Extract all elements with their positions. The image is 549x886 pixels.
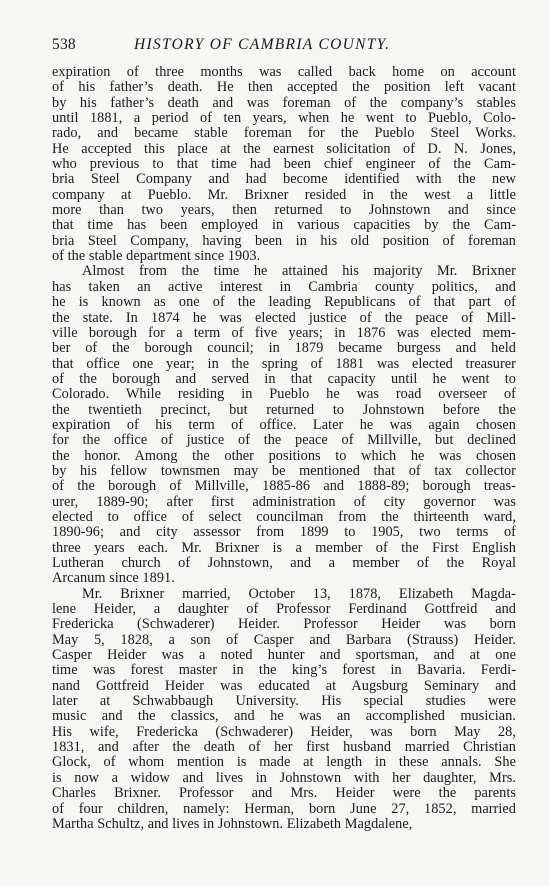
text-line: music and the classics, and he was an ac… [52,709,516,724]
text-line: 1831, and after the death of her first h… [52,740,516,755]
text-line: of the stable department since 1903. [52,249,516,264]
text-line: Arcanum since 1891. [52,571,516,586]
page-number: 538 [52,36,76,54]
text-line: for the office of justice of the peace o… [52,433,516,448]
text-line: Fredericka (Schwaderer) Heider. Professo… [52,617,516,632]
text-line: time was forest master in the king’s for… [52,663,516,678]
text-line: bria Steel Company, having been in his o… [52,234,516,249]
text-line: Mr. Brixner married, October 13, 1878, E… [52,587,516,602]
text-line: that office one year; in the spring of 1… [52,357,516,372]
body-text: expiration of three months was called ba… [52,65,516,832]
running-title: HISTORY OF CAMBRIA COUNTY. [134,36,390,54]
text-line: of the borough and served in that capaci… [52,372,516,387]
text-line: company at Pueblo. Mr. Brixner resided i… [52,188,516,203]
text-line: Charles Brixner. Professor and Mrs. Heid… [52,786,516,801]
text-line: by his fellow townsmen may be mentioned … [52,464,516,479]
text-line: ber of the borough council; in 1879 beca… [52,341,516,356]
text-line: May 5, 1828, a son of Casper and Barbara… [52,633,516,648]
text-line: nand Gottfreid Heider was educated at Au… [52,679,516,694]
text-line: who previous to that time had been chief… [52,157,516,172]
text-line: Colorado. While residing in Pueblo he wa… [52,387,516,402]
text-line: elected to office of select councilman f… [52,510,516,525]
paragraph: Almost from the time he attained his maj… [52,264,516,586]
text-line: of four children, namely: Herman, born J… [52,802,516,817]
text-line: the state. In 1874 he was elected justic… [52,311,516,326]
text-line: expiration of his term of office. Later … [52,418,516,433]
paragraph: Mr. Brixner married, October 13, 1878, E… [52,587,516,833]
text-line: rado, and became stable foreman for the … [52,126,516,141]
text-line: His wife, Fredericka (Schwaderer) Heider… [52,725,516,740]
text-line: by his father’s death and was foreman of… [52,96,516,111]
text-line: until 1881, a period of ten years, when … [52,111,516,126]
text-line: three years each. Mr. Brixner is a membe… [52,541,516,556]
text-line: expiration of three months was called ba… [52,65,516,80]
text-line: of his father’s death. He then accepted … [52,80,516,95]
text-line: of the borough of Millville, 1885-86 and… [52,479,516,494]
text-line: lene Heider, a daughter of Professor Fer… [52,602,516,617]
text-line: 1890-96; and city assessor from 1899 to … [52,525,516,540]
text-line: ville borough for a term of five years; … [52,326,516,341]
text-line: Martha Schultz, and lives in Johnstown. … [52,817,516,832]
text-line: He accepted this place at the earnest so… [52,142,516,157]
text-line: urer, 1889-90; after first administratio… [52,495,516,510]
text-line: more than two years, then returned to Jo… [52,203,516,218]
text-line: Lutheran church of Johnstown, and a memb… [52,556,516,571]
paragraph: expiration of three months was called ba… [52,65,516,264]
text-line: has taken an active interest in Cambria … [52,280,516,295]
text-line: bria Steel Company and had become identi… [52,172,516,187]
text-line: that time has been employed in various c… [52,218,516,233]
text-line: is now a widow and lives in Johnstown wi… [52,771,516,786]
text-line: the twentieth precinct, but returned to … [52,403,516,418]
text-line: he is known as one of the leading Republ… [52,295,516,310]
text-line: Casper Heider was a noted hunter and spo… [52,648,516,663]
text-line: Glock, of whom mention is made at length… [52,755,516,770]
text-line: the honor. Among the other positions to … [52,449,516,464]
text-line: Almost from the time he attained his maj… [52,264,516,279]
running-head: 538 HISTORY OF CAMBRIA COUNTY. [52,36,516,58]
text-line: later at Schwabbaugh University. His spe… [52,694,516,709]
